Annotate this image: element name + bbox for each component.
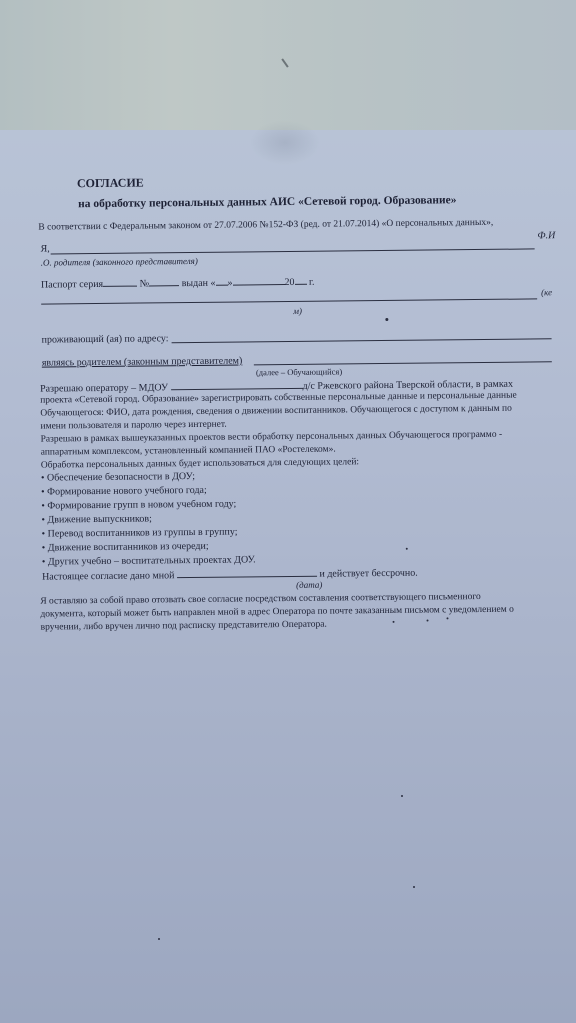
ink-mark [446, 617, 448, 619]
passport-series-label: Паспорт серия [41, 279, 103, 291]
speck [401, 795, 403, 797]
purpose-item: • Движение выпускников; [41, 513, 152, 526]
fio-label-cont: .О. родителя (законного представителя) [41, 255, 198, 269]
revoke-line: вручении, либо вручен лично под расписку… [41, 619, 327, 634]
speck [158, 938, 160, 940]
purpose-item: • Формирование нового учебного года; [41, 485, 207, 499]
parent-label: являясь родителем (законным представител… [42, 355, 243, 369]
speck [406, 548, 408, 550]
consent-form: СОГЛАСИЕ на обработку персональных данны… [0, 0, 576, 1023]
fio-field[interactable] [51, 248, 535, 254]
fio-label-end: Ф.И [537, 230, 555, 242]
purpose-item: • Формирование групп в новом учебном год… [41, 499, 236, 513]
issued-by-field[interactable] [41, 298, 537, 304]
issued-by-label-cont: м) [293, 305, 302, 317]
consent-given-row: Настоящее согласие дано мной и действует… [42, 566, 418, 584]
purpose-item: • Перевод воспитанников из группы в груп… [42, 527, 238, 541]
ink-mark [427, 620, 429, 622]
hereinafter-label: (далее – Обучающийся) [256, 365, 342, 378]
address-label: проживающий (ая) по адресу: [42, 333, 169, 346]
i-label: Я, [41, 243, 50, 255]
law-reference: В соответствии с Федеральным законом от … [38, 217, 493, 234]
purpose-item: • Движение воспитанников из очереди; [42, 541, 209, 555]
issue-day-field[interactable] [215, 276, 227, 286]
para2-line: Обработка персональных данных будет испо… [41, 456, 359, 471]
document-title: СОГЛАСИЕ [77, 176, 144, 191]
consent-given-b: и действует бессрочно. [319, 568, 417, 580]
passport-issued-label: выдан « [182, 278, 216, 289]
purpose-item: • Обеспечение безопасности в ДОУ; [41, 471, 195, 485]
ink-mark [393, 621, 395, 623]
student-name-field[interactable] [254, 361, 552, 365]
year-suffix: г. [309, 277, 315, 288]
year-prefix: 20 [284, 277, 294, 288]
consent-given-a: Настоящее согласие дано мной [42, 570, 175, 582]
purpose-item: • Других учебно – воспитательных проекта… [42, 554, 256, 568]
speck [413, 886, 415, 888]
date-label: (дата) [296, 579, 322, 591]
passport-number-field[interactable] [149, 276, 179, 286]
document-subtitle: на обработку персональных данных АИС «Се… [78, 193, 456, 211]
passport-number-label: № [140, 278, 150, 289]
mdou-number-field[interactable] [171, 379, 303, 390]
passport-series-field[interactable] [103, 277, 137, 287]
issue-year-field[interactable] [294, 275, 306, 285]
passport-row: Паспорт серия № выдан «»20 г. [41, 275, 315, 292]
address-field[interactable] [172, 338, 552, 343]
issued-by-label-end: (ке [541, 286, 552, 298]
consent-date-field[interactable] [177, 567, 317, 578]
para1-line: имени пользователя и паролю через интерн… [40, 419, 226, 433]
issue-month-field[interactable] [232, 275, 284, 286]
speck [385, 318, 388, 321]
